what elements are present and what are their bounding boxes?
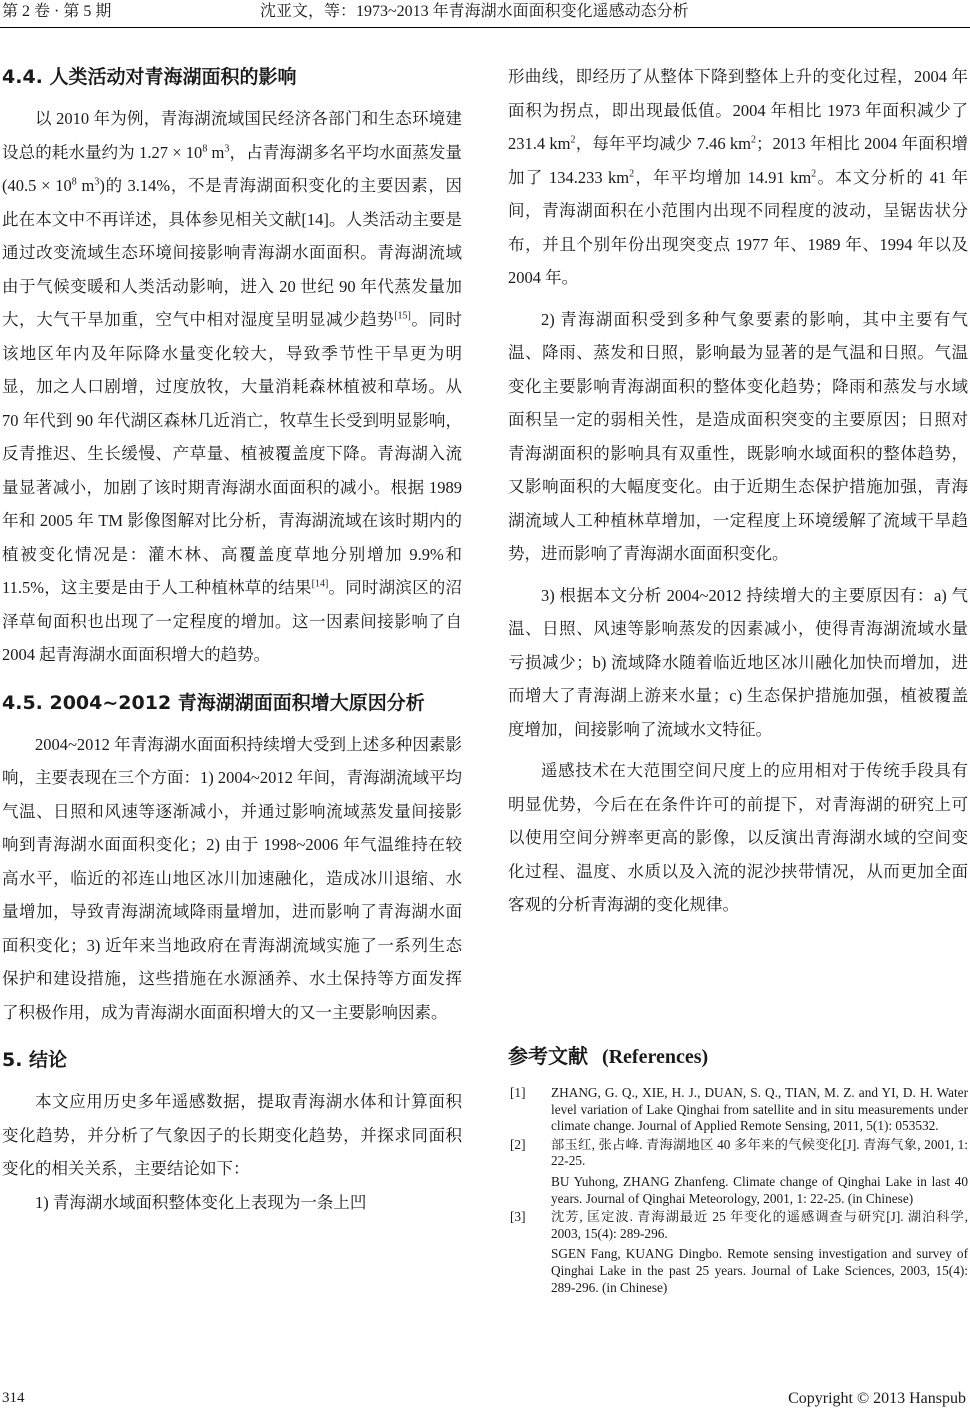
conclusion-item-2: 2) 青海湖面积受到多种气象要素的影响，其中主要有气温、降雨、蒸发和日照，影响最… [508, 303, 968, 571]
conclusion-intro-paragraph: 本文应用历史多年遥感数据，提取青海湖水体和计算面积变化趋势，并分析了气象因子的长… [2, 1085, 462, 1186]
reference-number: [1] [510, 1085, 551, 1135]
reference-text: 部玉红, 张占峰. 青海湖地区 40 多年来的气候变化[J]. 青海气象, 20… [551, 1137, 968, 1170]
reference-translation: BU Yuhong, ZHANG Zhanfeng. Climate chang… [551, 1174, 968, 1207]
copyright-notice: Copyright © 2013 Hanspub [788, 1390, 966, 1408]
section-4-4-title: 4.4. 人类活动对青海湖面积的影响 [2, 60, 462, 94]
reference-text: 沈芳, 匡定波. 青海湖最近 25 年变化的遥感调查与研究[J]. 湖泊科学, … [551, 1209, 968, 1242]
conclusion-item-1-continued: 形曲线，即经历了从整体下降到整体上升的变化过程，2004 年面积为拐点，即出现最… [508, 60, 968, 295]
reference-item: [1] ZHANG, G. Q., XIE, H. J., DUAN, S. Q… [510, 1085, 968, 1135]
reference-text: ZHANG, G. Q., XIE, H. J., DUAN, S. Q., T… [551, 1085, 968, 1135]
reference-number: [3] [510, 1209, 551, 1296]
references-title: 参考文献 (References) [508, 1041, 708, 1072]
citation-14[interactable]: [14] [312, 579, 329, 590]
citation-15[interactable]: [15] [394, 311, 411, 322]
reference-number: [2] [510, 1137, 551, 1207]
references-list: [1] ZHANG, G. Q., XIE, H. J., DUAN, S. Q… [510, 1085, 968, 1298]
closing-paragraph: 遥感技术在大范围空间尺度上的应用相对于传统手段具有明显优势，今后在在条件许可的前… [508, 754, 968, 922]
conclusion-item-3: 3) 根据本文分析 2004~2012 持续增大的主要原因有：a) 气温、日照、… [508, 579, 968, 747]
volume-issue: 第 2 卷 · 第 5 期 [2, 0, 111, 24]
section-4-4-paragraph: 以 2010 年为例，青海湖流域国民经济各部门和生态环境建设总的耗水量约为 1.… [2, 102, 462, 672]
conclusion-item-1-start: 1) 青海湖水域面积整体变化上表现为一条上凹 [2, 1186, 462, 1220]
section-5-title: 5. 结论 [2, 1043, 462, 1077]
section-4-5-title: 4.5. 2004~2012 青海湖湖面面积增大原因分析 [2, 686, 462, 720]
page-number: 314 [2, 1390, 25, 1407]
section-4-5-paragraph: 2004~2012 年青海湖水面面积持续增大受到上述多种因素影响，主要表现在三个… [2, 728, 462, 1030]
reference-item: [2] 部玉红, 张占峰. 青海湖地区 40 多年来的气候变化[J]. 青海气象… [510, 1137, 968, 1207]
reference-item: [3] 沈芳, 匡定波. 青海湖最近 25 年变化的遥感调查与研究[J]. 湖泊… [510, 1209, 968, 1296]
running-title: 沈亚文，等：1973~2013 年青海湖水面面积变化遥感动态分析 [260, 0, 689, 24]
reference-translation: SGEN Fang, KUANG Dingbo. Remote sensing … [551, 1246, 968, 1296]
page-header: 第 2 卷 · 第 5 期 沈亚文，等：1973~2013 年青海湖水面面积变化… [0, 0, 970, 28]
right-column: 形曲线，即经历了从整体下降到整体上升的变化过程，2004 年面积为拐点，即出现最… [508, 60, 968, 922]
left-column: 4.4. 人类活动对青海湖面积的影响 以 2010 年为例，青海湖流域国民经济各… [2, 60, 462, 1219]
